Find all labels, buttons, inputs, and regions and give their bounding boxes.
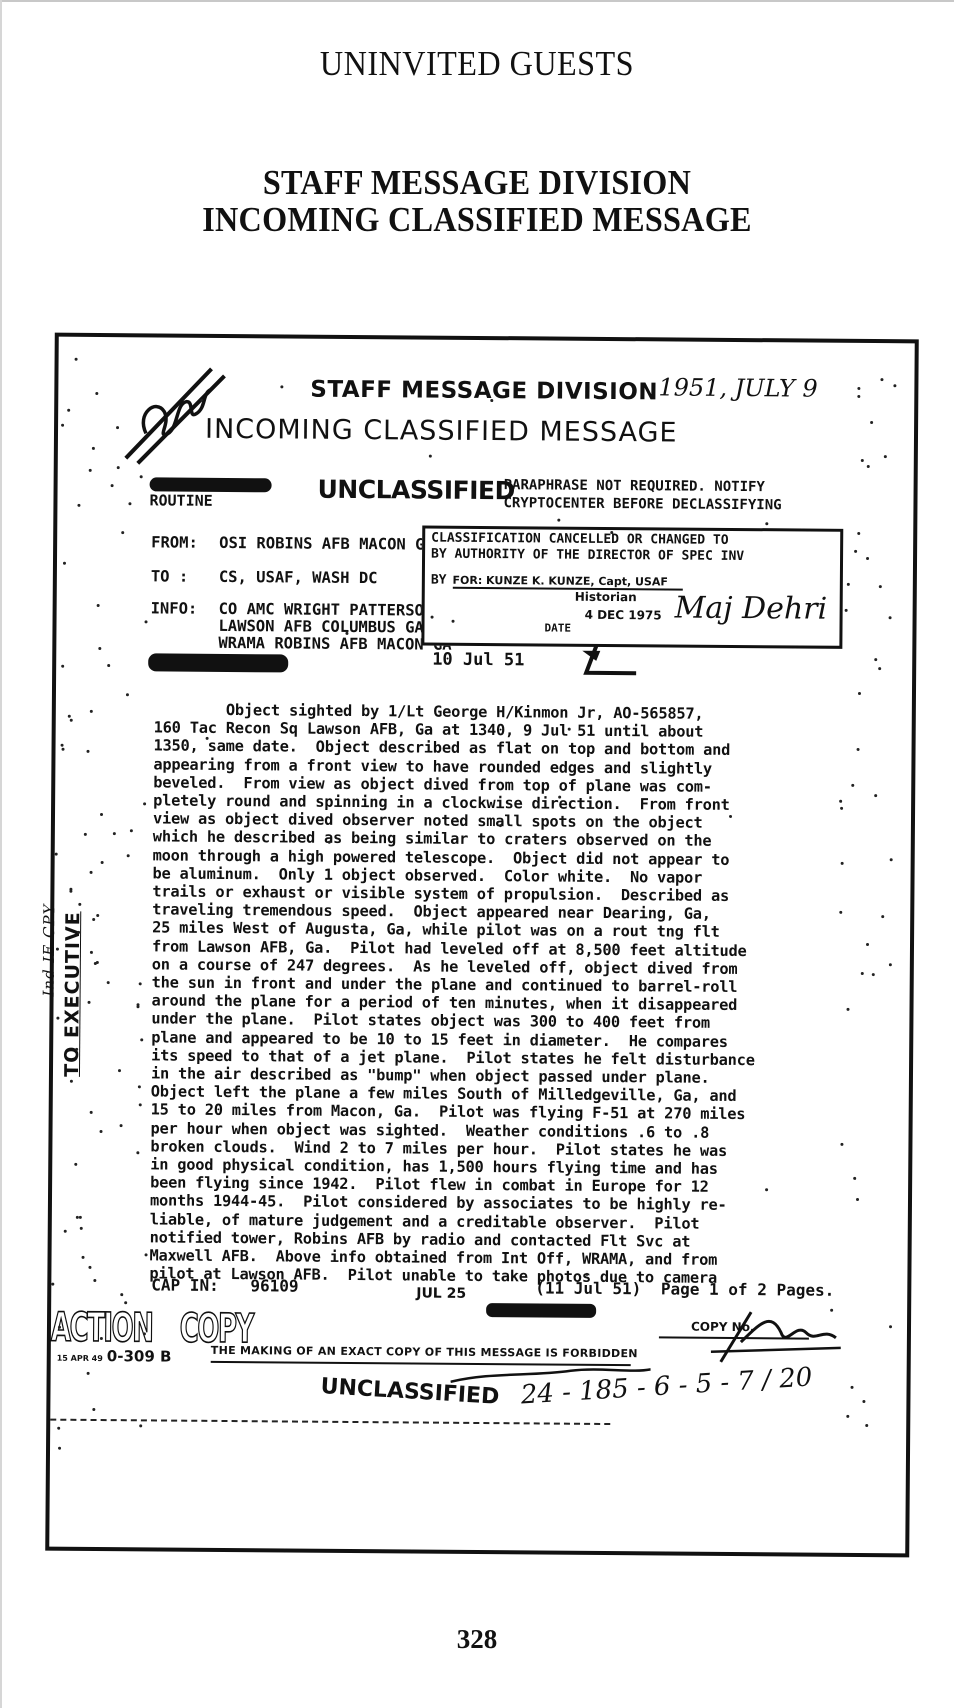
noise-speck <box>63 562 66 565</box>
running-title: UNINVITED GUESTS <box>38 44 916 84</box>
noise-speck <box>765 1188 768 1191</box>
cap-in-label: CAP IN: <box>151 1275 219 1295</box>
declass-title: Historian <box>575 590 637 604</box>
noise-speck <box>889 616 892 619</box>
noise-speck <box>840 807 843 810</box>
paraphrase-notice: PARAPHRASE NOT REQUIRED. NOTIFY CRYPTOCE… <box>503 476 781 514</box>
noise-speck <box>144 1253 147 1256</box>
noise-speck <box>879 667 882 670</box>
noise-speck <box>77 504 80 507</box>
noise-speck <box>881 378 884 381</box>
section-title-line1: STAFF MESSAGE DIVISION <box>38 163 916 203</box>
noise-speck <box>499 824 502 827</box>
noise-speck <box>889 963 892 966</box>
noise-speck <box>100 813 103 816</box>
noise-speck <box>890 858 893 861</box>
precedence: ROUTINE <box>149 491 212 509</box>
noise-speck <box>121 531 124 534</box>
received-stamp: JUL 25 <box>416 1285 536 1302</box>
declass-line2: BY AUTHORITY OF THE DIRECTOR OF SPEC INV <box>431 547 744 564</box>
noise-speck <box>56 947 59 950</box>
noise-speck <box>118 1069 121 1072</box>
noise-speck <box>871 421 874 424</box>
noise-speck <box>89 469 92 472</box>
declass-by-row: BYFOR: KUNZE K. KUNZE, Capt, USAF <box>431 573 683 591</box>
noise-speck <box>76 1216 79 1219</box>
declass-date: 4 DEC 1975 <box>585 608 662 623</box>
noise-speck <box>845 609 848 612</box>
noise-speck <box>75 1048 78 1051</box>
noise-speck <box>64 1229 67 1232</box>
noise-speck <box>840 1143 843 1146</box>
noise-speck <box>857 395 860 398</box>
to-line: TO :CS, USAF, WASH DC <box>151 567 378 587</box>
noise-speck <box>67 409 70 412</box>
noise-speck <box>127 854 130 857</box>
noise-speck <box>67 715 70 718</box>
noise-speck <box>95 392 98 395</box>
declassification-stamp: CLASSIFICATION CANCELLED OR CHANGED TO B… <box>421 526 843 649</box>
noise-speck <box>130 829 133 832</box>
noise-speck <box>205 736 208 739</box>
side-routing-stamp: TO EXECUTIVE <box>61 911 84 1077</box>
from-line: FROM:OSI ROBINS AFB MACON GA <box>151 533 434 553</box>
noise-speck <box>101 861 104 864</box>
copy-number-label: COPY No. <box>691 1320 755 1334</box>
noise-speck <box>847 583 850 586</box>
noise-speck <box>143 1332 146 1335</box>
noise-speck <box>766 522 769 525</box>
noise-speck <box>141 1038 144 1041</box>
from-label: FROM: <box>151 533 219 552</box>
noise-speck <box>69 888 72 891</box>
noise-speck <box>70 719 73 722</box>
noise-speck <box>80 1226 83 1229</box>
noise-speck <box>866 1424 869 1427</box>
noise-speck <box>74 1162 77 1165</box>
noise-speck <box>140 475 143 478</box>
noise-speck <box>145 620 148 623</box>
noise-speck <box>846 1008 849 1011</box>
noise-speck <box>91 447 94 450</box>
noise-speck <box>490 399 493 402</box>
noise-speck <box>111 484 114 487</box>
receipt-date: (11 Jul 51) <box>535 1278 641 1298</box>
noise-speck <box>86 1372 89 1375</box>
copy-forbidden-notice: THE MAKING OF AN EXACT COPY OF THIS MESS… <box>211 1344 638 1360</box>
noise-speck <box>88 1001 91 1004</box>
noise-speck <box>854 550 857 553</box>
divider <box>50 1419 610 1425</box>
noise-speck <box>90 951 93 954</box>
noise-speck <box>878 585 881 588</box>
noise-speck <box>143 803 146 806</box>
noise-speck <box>862 1400 865 1403</box>
noise-speck <box>57 1427 60 1430</box>
noise-speck <box>328 841 331 844</box>
noise-speck <box>113 832 116 835</box>
noise-speck <box>84 833 87 836</box>
document-facsimile: STAFF MESSAGE DIVISION 1951, JULY 9 INCO… <box>45 333 919 1558</box>
declass-line1: CLASSIFICATION CANCELLED OR CHANGED TO <box>431 531 729 548</box>
noise-speck <box>139 983 142 986</box>
noise-speck <box>893 384 896 387</box>
noise-speck <box>79 1216 82 1219</box>
noise-speck <box>867 465 870 468</box>
noise-speck <box>61 423 64 426</box>
noise-speck <box>139 1424 142 1427</box>
noise-speck <box>861 459 864 462</box>
noise-speck <box>884 455 887 458</box>
noise-speck <box>428 454 431 457</box>
section-title-line2: INCOMING CLASSIFIED MESSAGE <box>38 200 916 240</box>
noise-speck <box>857 387 860 390</box>
noise-speck <box>120 1125 123 1128</box>
noise-speck <box>52 1282 55 1285</box>
noise-speck <box>866 943 869 946</box>
noise-speck <box>126 693 129 696</box>
noise-speck <box>136 1151 139 1154</box>
noise-speck <box>872 973 875 976</box>
noise-speck <box>90 1111 93 1114</box>
noise-speck <box>100 1130 103 1133</box>
to-value: CS, USAF, WASH DC <box>219 568 378 587</box>
noise-speck <box>107 664 110 667</box>
noise-speck <box>120 1293 123 1296</box>
noise-speck <box>93 1279 96 1282</box>
declass-signature: Maj Dehri <box>675 591 828 627</box>
classification-stamp-bottom: UNCLASSIFIED <box>320 1374 500 1410</box>
doc-header-line1: STAFF MESSAGE DIVISION <box>310 377 658 406</box>
noise-speck <box>81 1255 84 1258</box>
noise-speck <box>56 1017 59 1020</box>
noise-speck <box>89 1266 92 1269</box>
info-line-3: WRAMA ROBINS AFB MACON GA <box>218 634 451 654</box>
noise-speck <box>60 744 63 747</box>
cap-in-row: CAP IN: 96109 JUL 25 (11 Jul 51) Page 1 … <box>151 1275 298 1295</box>
redaction-bar <box>150 477 272 492</box>
divider <box>659 1336 809 1339</box>
noise-speck <box>96 604 99 607</box>
noise-speck <box>558 518 561 521</box>
noise-speck <box>74 358 77 361</box>
message-body: Object sighted by 1/Lt George H/Kinmon J… <box>149 700 864 1288</box>
noise-speck <box>200 399 203 402</box>
to-label: TO : <box>151 567 219 586</box>
noise-speck <box>852 783 855 786</box>
classification-stamp: UNCLASSIFIED <box>317 475 514 506</box>
noise-speck <box>89 710 92 713</box>
noise-speck <box>567 728 570 731</box>
noise-speck <box>139 1103 142 1106</box>
redaction-bar <box>486 1303 596 1318</box>
side-stamp-text: TO EXECUTIVE <box>61 911 84 1077</box>
redaction-bar <box>148 653 288 672</box>
noise-speck <box>889 1325 892 1328</box>
noise-speck <box>857 532 860 535</box>
noise-speck <box>93 1408 96 1411</box>
page-number: 328 <box>0 1624 954 1655</box>
info-label: INFO: <box>151 599 219 618</box>
handwritten-reference: 24 - 185 - 6 - 5 - 7 / 20 <box>520 1362 813 1410</box>
message-date: 10 Jul 51 <box>432 650 524 671</box>
noise-speck <box>61 664 64 667</box>
noise-speck <box>138 1085 141 1088</box>
noise-speck <box>846 1415 849 1418</box>
notice-line1: PARAPHRASE NOT REQUIRED. NOTIFY <box>504 476 782 496</box>
noise-speck <box>874 794 877 797</box>
noise-speck <box>92 918 95 921</box>
noise-speck <box>851 1386 854 1389</box>
form-number: 15 APR 490-309 B <box>57 1347 172 1366</box>
noise-speck <box>90 871 93 874</box>
from-value: OSI ROBINS AFB MACON GA <box>219 534 434 554</box>
noise-speck <box>124 1301 127 1304</box>
noise-speck <box>128 502 131 505</box>
viewer-left-border <box>0 0 2 1708</box>
declass-date-label: DATE <box>544 621 571 634</box>
noise-speck <box>841 862 844 865</box>
noise-speck <box>100 1337 103 1340</box>
noise-speck <box>86 750 89 753</box>
noise-speck <box>70 1080 73 1083</box>
notice-line2: CRYPTOCENTER BEFORE DECLASSIFYING <box>503 494 781 514</box>
noise-speck <box>96 961 99 964</box>
noise-speck <box>96 914 99 917</box>
noise-speck <box>55 852 58 855</box>
viewer-top-border <box>0 0 954 2</box>
doc-header-line2: INCOMING CLASSIFIED MESSAGE <box>205 414 678 449</box>
page-indicator: Page 1 of 2 Pages. <box>661 1279 835 1299</box>
noise-speck <box>830 1309 833 1312</box>
receipt-info: (11 Jul 51) Page 1 of 2 Pages. <box>535 1278 935 1300</box>
handwritten-date: 1951, JULY 9 <box>658 373 818 402</box>
noise-speck <box>866 557 869 560</box>
noise-speck <box>98 647 101 650</box>
noise-speck <box>281 385 284 388</box>
divider <box>211 1361 631 1366</box>
noise-speck <box>875 658 878 661</box>
cap-in-number: 96109 <box>250 1276 298 1295</box>
noise-speck <box>881 916 884 919</box>
noise-speck <box>59 1446 62 1449</box>
noise-speck <box>107 981 110 984</box>
noise-speck <box>62 748 65 751</box>
declass-by-value: FOR: KUNZE K. KUNZE, Capt, USAF <box>452 574 682 591</box>
noise-speck <box>858 692 861 695</box>
noise-speck <box>79 903 82 906</box>
noise-speck <box>856 1198 859 1201</box>
noise-speck <box>861 972 864 975</box>
